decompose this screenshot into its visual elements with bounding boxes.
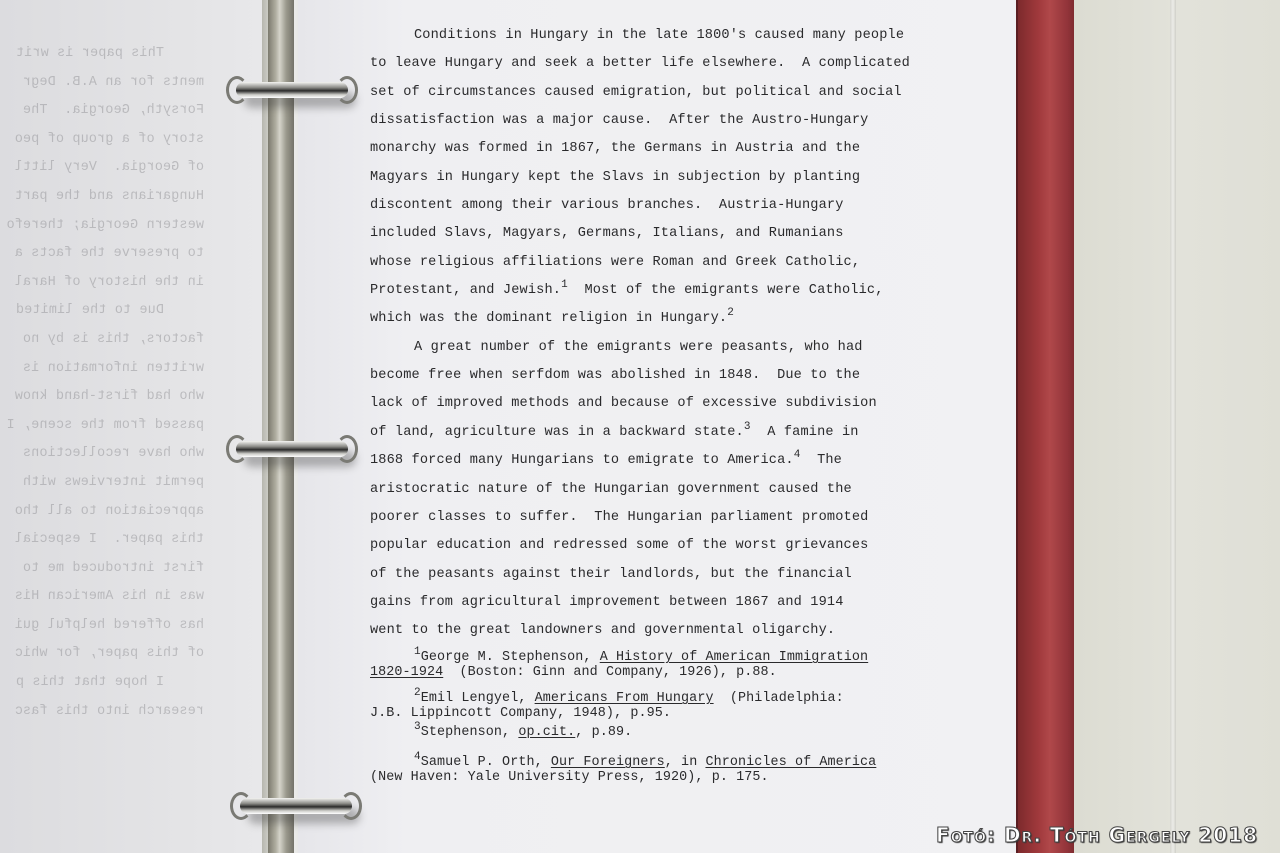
bleed-line: western Georgia; therefo bbox=[0, 212, 204, 241]
footnote-title: op.cit. bbox=[518, 725, 575, 740]
binder-ring-middle bbox=[236, 441, 348, 457]
footnote-publisher-cont: J.B. Lippincott Company, 1948), p.95. bbox=[370, 706, 671, 721]
line-text: which was the dominant religion in Hunga… bbox=[370, 311, 727, 326]
bleed-line: written information is bbox=[0, 355, 204, 384]
footnote-connector: , in bbox=[665, 755, 706, 770]
background-sheet bbox=[1074, 0, 1280, 853]
footnote-marker: 1 bbox=[414, 646, 421, 658]
bleed-line: in the history of Haral bbox=[0, 269, 204, 298]
line-text: went to the great landowners and governm… bbox=[370, 623, 835, 638]
line-text: Magyars in Hungary kept the Slavs in sub… bbox=[370, 170, 860, 185]
bleed-line: research into this fasc bbox=[0, 698, 204, 727]
footnote-1: 1George M. Stephenson, A History of Amer… bbox=[370, 650, 930, 680]
bleed-line: permit interviews with bbox=[0, 469, 204, 498]
line-text: of the peasants against their landlords,… bbox=[370, 567, 852, 582]
footnote-marker: 2 bbox=[414, 687, 421, 699]
line-text: become free when serfdom was abolished i… bbox=[370, 368, 860, 383]
bleed-line: appreciation to all tho bbox=[0, 498, 204, 527]
footnote-title-cont: 1820-1924 bbox=[370, 665, 443, 680]
sheet-protector-edge bbox=[1170, 0, 1176, 853]
text-line: Protestant, and Jewish.1 Most of the emi… bbox=[370, 277, 930, 305]
line-text: Conditions in Hungary in the late 1800's… bbox=[414, 28, 904, 43]
text-line: of the peasants against their landlords,… bbox=[370, 561, 930, 589]
line-text: Protestant, and Jewish. bbox=[370, 283, 561, 298]
bleed-line: first introduced me to bbox=[0, 555, 204, 584]
bleed-line: story of a group of peo bbox=[0, 126, 204, 155]
footnote-publisher: (New Haven: Yale University Press, 1920)… bbox=[370, 770, 769, 785]
footnote-series-title: Chronicles of America bbox=[705, 755, 876, 770]
line-text: gains from agricultural improvement betw… bbox=[370, 595, 844, 610]
line-text: monarchy was formed in 1867, the Germans… bbox=[370, 141, 860, 156]
line-text: set of circumstances caused emigration, … bbox=[370, 85, 902, 100]
text-line: lack of improved methods and because of … bbox=[370, 390, 930, 418]
line-text-after: Most of the emigrants were Catholic, bbox=[568, 283, 884, 298]
text-line: went to the great landowners and governm… bbox=[370, 617, 930, 645]
footnote-title: Our Foreigners bbox=[551, 755, 665, 770]
text-line: Conditions in Hungary in the late 1800's… bbox=[370, 22, 930, 50]
footnote-4: 4Samuel P. Orth, Our Foreigners, in Chro… bbox=[370, 755, 930, 785]
footnote-author: Samuel P. Orth, bbox=[421, 755, 551, 770]
line-text: lack of improved methods and because of … bbox=[370, 396, 877, 411]
footnote-reference: 1 bbox=[561, 279, 568, 291]
footnote-author: Stephenson, bbox=[421, 725, 519, 740]
bleed-line: This paper is writ bbox=[0, 40, 204, 69]
line-text: of land, agriculture was in a backward s… bbox=[370, 425, 744, 440]
binder-post bbox=[268, 0, 294, 853]
text-line: gains from agricultural improvement betw… bbox=[370, 589, 930, 617]
line-text: included Slavs, Magyars, Germans, Italia… bbox=[370, 226, 844, 241]
text-line: Magyars in Hungary kept the Slavs in sub… bbox=[370, 164, 930, 192]
text-line: dissatisfaction was a major cause. After… bbox=[370, 107, 930, 135]
text-line: whose religious affiliations were Roman … bbox=[370, 249, 930, 277]
line-text: to leave Hungary and seek a better life … bbox=[370, 56, 910, 71]
text-line: aristocratic nature of the Hungarian gov… bbox=[370, 476, 930, 504]
binder-ring-bottom bbox=[240, 798, 352, 814]
line-text: popular education and redressed some of … bbox=[370, 538, 868, 553]
bleed-line: was in his American His bbox=[0, 583, 204, 612]
bleed-line: Hungarians and the part bbox=[0, 183, 204, 212]
line-text-after: The bbox=[800, 453, 842, 468]
bleed-line: passed from the scene, I bbox=[0, 412, 204, 441]
line-text: A great number of the emigrants were pea… bbox=[414, 340, 863, 355]
text-line: discontent among their various branches.… bbox=[370, 192, 930, 220]
bleed-through-text: This paper is writments for an A.B. Degr… bbox=[0, 40, 204, 726]
text-line: monarchy was formed in 1867, the Germans… bbox=[370, 135, 930, 163]
line-text: 1868 forced many Hungarians to emigrate … bbox=[370, 453, 794, 468]
line-text: aristocratic nature of the Hungarian gov… bbox=[370, 482, 852, 497]
footnote-marker: 4 bbox=[414, 751, 421, 763]
text-line: which was the dominant religion in Hunga… bbox=[370, 305, 930, 333]
bleed-line: of Georgia. Very littl bbox=[0, 154, 204, 183]
bleed-line: who have recollections bbox=[0, 440, 204, 469]
text-line: included Slavs, Magyars, Germans, Italia… bbox=[370, 220, 930, 248]
line-text: dissatisfaction was a major cause. After… bbox=[370, 113, 868, 128]
bleed-line: factors, this is by no bbox=[0, 326, 204, 355]
footnote-page: , p.89. bbox=[575, 725, 632, 740]
line-text-after: A famine in bbox=[751, 425, 859, 440]
bleed-line: of this paper, for whic bbox=[0, 640, 204, 669]
bleed-line: ments for an A.B. Degr bbox=[0, 69, 204, 98]
binder-ring-top bbox=[236, 82, 348, 98]
footnote-publisher: (Philadelphia: bbox=[714, 691, 844, 706]
line-text: discontent among their various branches.… bbox=[370, 198, 844, 213]
footnote-2: 2Emil Lengyel, Americans From Hungary (P… bbox=[370, 691, 930, 721]
footnote-title: Americans From Hungary bbox=[535, 691, 714, 706]
bleed-line: Due to the limited bbox=[0, 297, 204, 326]
text-line: popular education and redressed some of … bbox=[370, 532, 930, 560]
photo-credit-watermark: Fotó: Dr. Tóth Gergely 2018 bbox=[936, 823, 1258, 847]
bleed-line: I hope that this p bbox=[0, 669, 204, 698]
footnote-reference: 3 bbox=[744, 421, 751, 433]
footnote-title: A History of American Immigration bbox=[600, 650, 868, 665]
footnote-marker: 3 bbox=[414, 721, 421, 733]
text-line: set of circumstances caused emigration, … bbox=[370, 79, 930, 107]
binder-red-divider bbox=[1016, 0, 1076, 853]
footnote-reference: 2 bbox=[727, 307, 734, 319]
bleed-line: this paper. I especial bbox=[0, 526, 204, 555]
line-text: poorer classes to suffer. The Hungarian … bbox=[370, 510, 868, 525]
left-page: This paper is writments for an A.B. Degr… bbox=[0, 0, 262, 853]
text-line: to leave Hungary and seek a better life … bbox=[370, 50, 930, 78]
text-line: become free when serfdom was abolished i… bbox=[370, 362, 930, 390]
footnote-publisher: (Boston: Ginn and Company, 1926), p.88. bbox=[443, 665, 777, 680]
text-line: A great number of the emigrants were pea… bbox=[370, 334, 930, 362]
footnote-author: George M. Stephenson, bbox=[421, 650, 600, 665]
bleed-line: has offered helpful gui bbox=[0, 612, 204, 641]
text-line: poorer classes to suffer. The Hungarian … bbox=[370, 504, 930, 532]
bleed-line: who had first-hand know bbox=[0, 383, 204, 412]
footnote-author: Emil Lengyel, bbox=[421, 691, 535, 706]
bleed-line: to preserve the facts a bbox=[0, 240, 204, 269]
body-text: Conditions in Hungary in the late 1800's… bbox=[370, 22, 930, 646]
text-line: 1868 forced many Hungarians to emigrate … bbox=[370, 447, 930, 475]
bleed-line: Forsyth, Georgia. The bbox=[0, 97, 204, 126]
line-text: whose religious affiliations were Roman … bbox=[370, 255, 860, 270]
footnote-3: 3Stephenson, op.cit., p.89. bbox=[370, 725, 930, 740]
text-line: of land, agriculture was in a backward s… bbox=[370, 419, 930, 447]
